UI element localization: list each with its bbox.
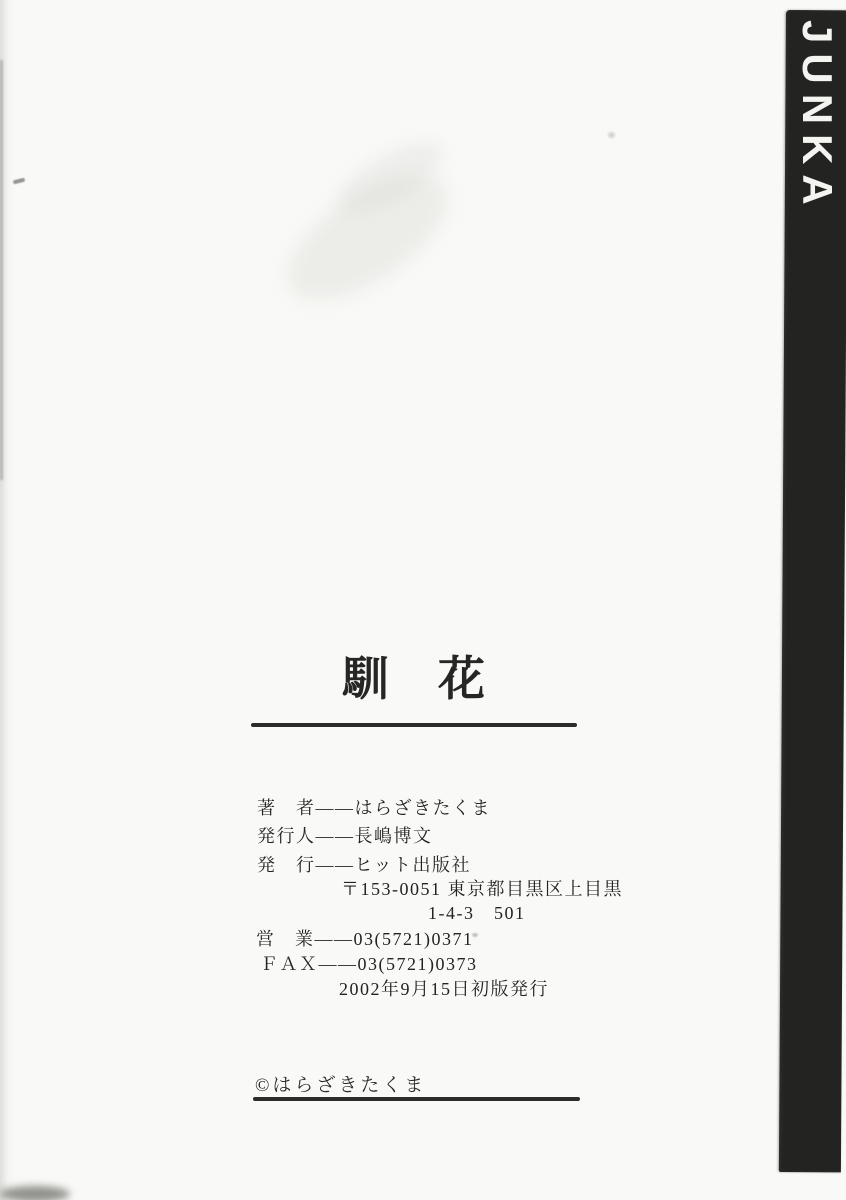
colophon-line-sales-phone: 営 業——03(5721)0371 [256, 925, 474, 951]
scan-edge-line [0, 60, 3, 480]
colophon-line-author: 著 者——はらざきたくま [257, 794, 491, 820]
colophon-line-fax: ＦＡＸ——03(5721)0373 [260, 950, 478, 976]
scan-speck [13, 178, 26, 185]
colophon-line-issuer: 発行人——長嶋博文 [257, 822, 433, 848]
title-rule [251, 723, 577, 727]
scan-speck [608, 132, 615, 138]
footer-rule [253, 1097, 580, 1101]
book-title: 馴 花 [251, 651, 577, 707]
colophon-line-edition-date: 2002年9月15日初版発行 [339, 975, 549, 1001]
colophon-line-publisher: 発 行——ヒット出版社 [257, 851, 471, 877]
scan-corner-smudge [0, 1186, 70, 1200]
colophon-line-address: 〒153-0051 東京都目黒区上目黒 [341, 875, 623, 901]
colophon-line-address2: 1-4-3 501 [428, 899, 526, 925]
spine-label: JUNKA [788, 20, 846, 230]
copyright-notice: ©はらざきたくま [255, 1070, 426, 1097]
